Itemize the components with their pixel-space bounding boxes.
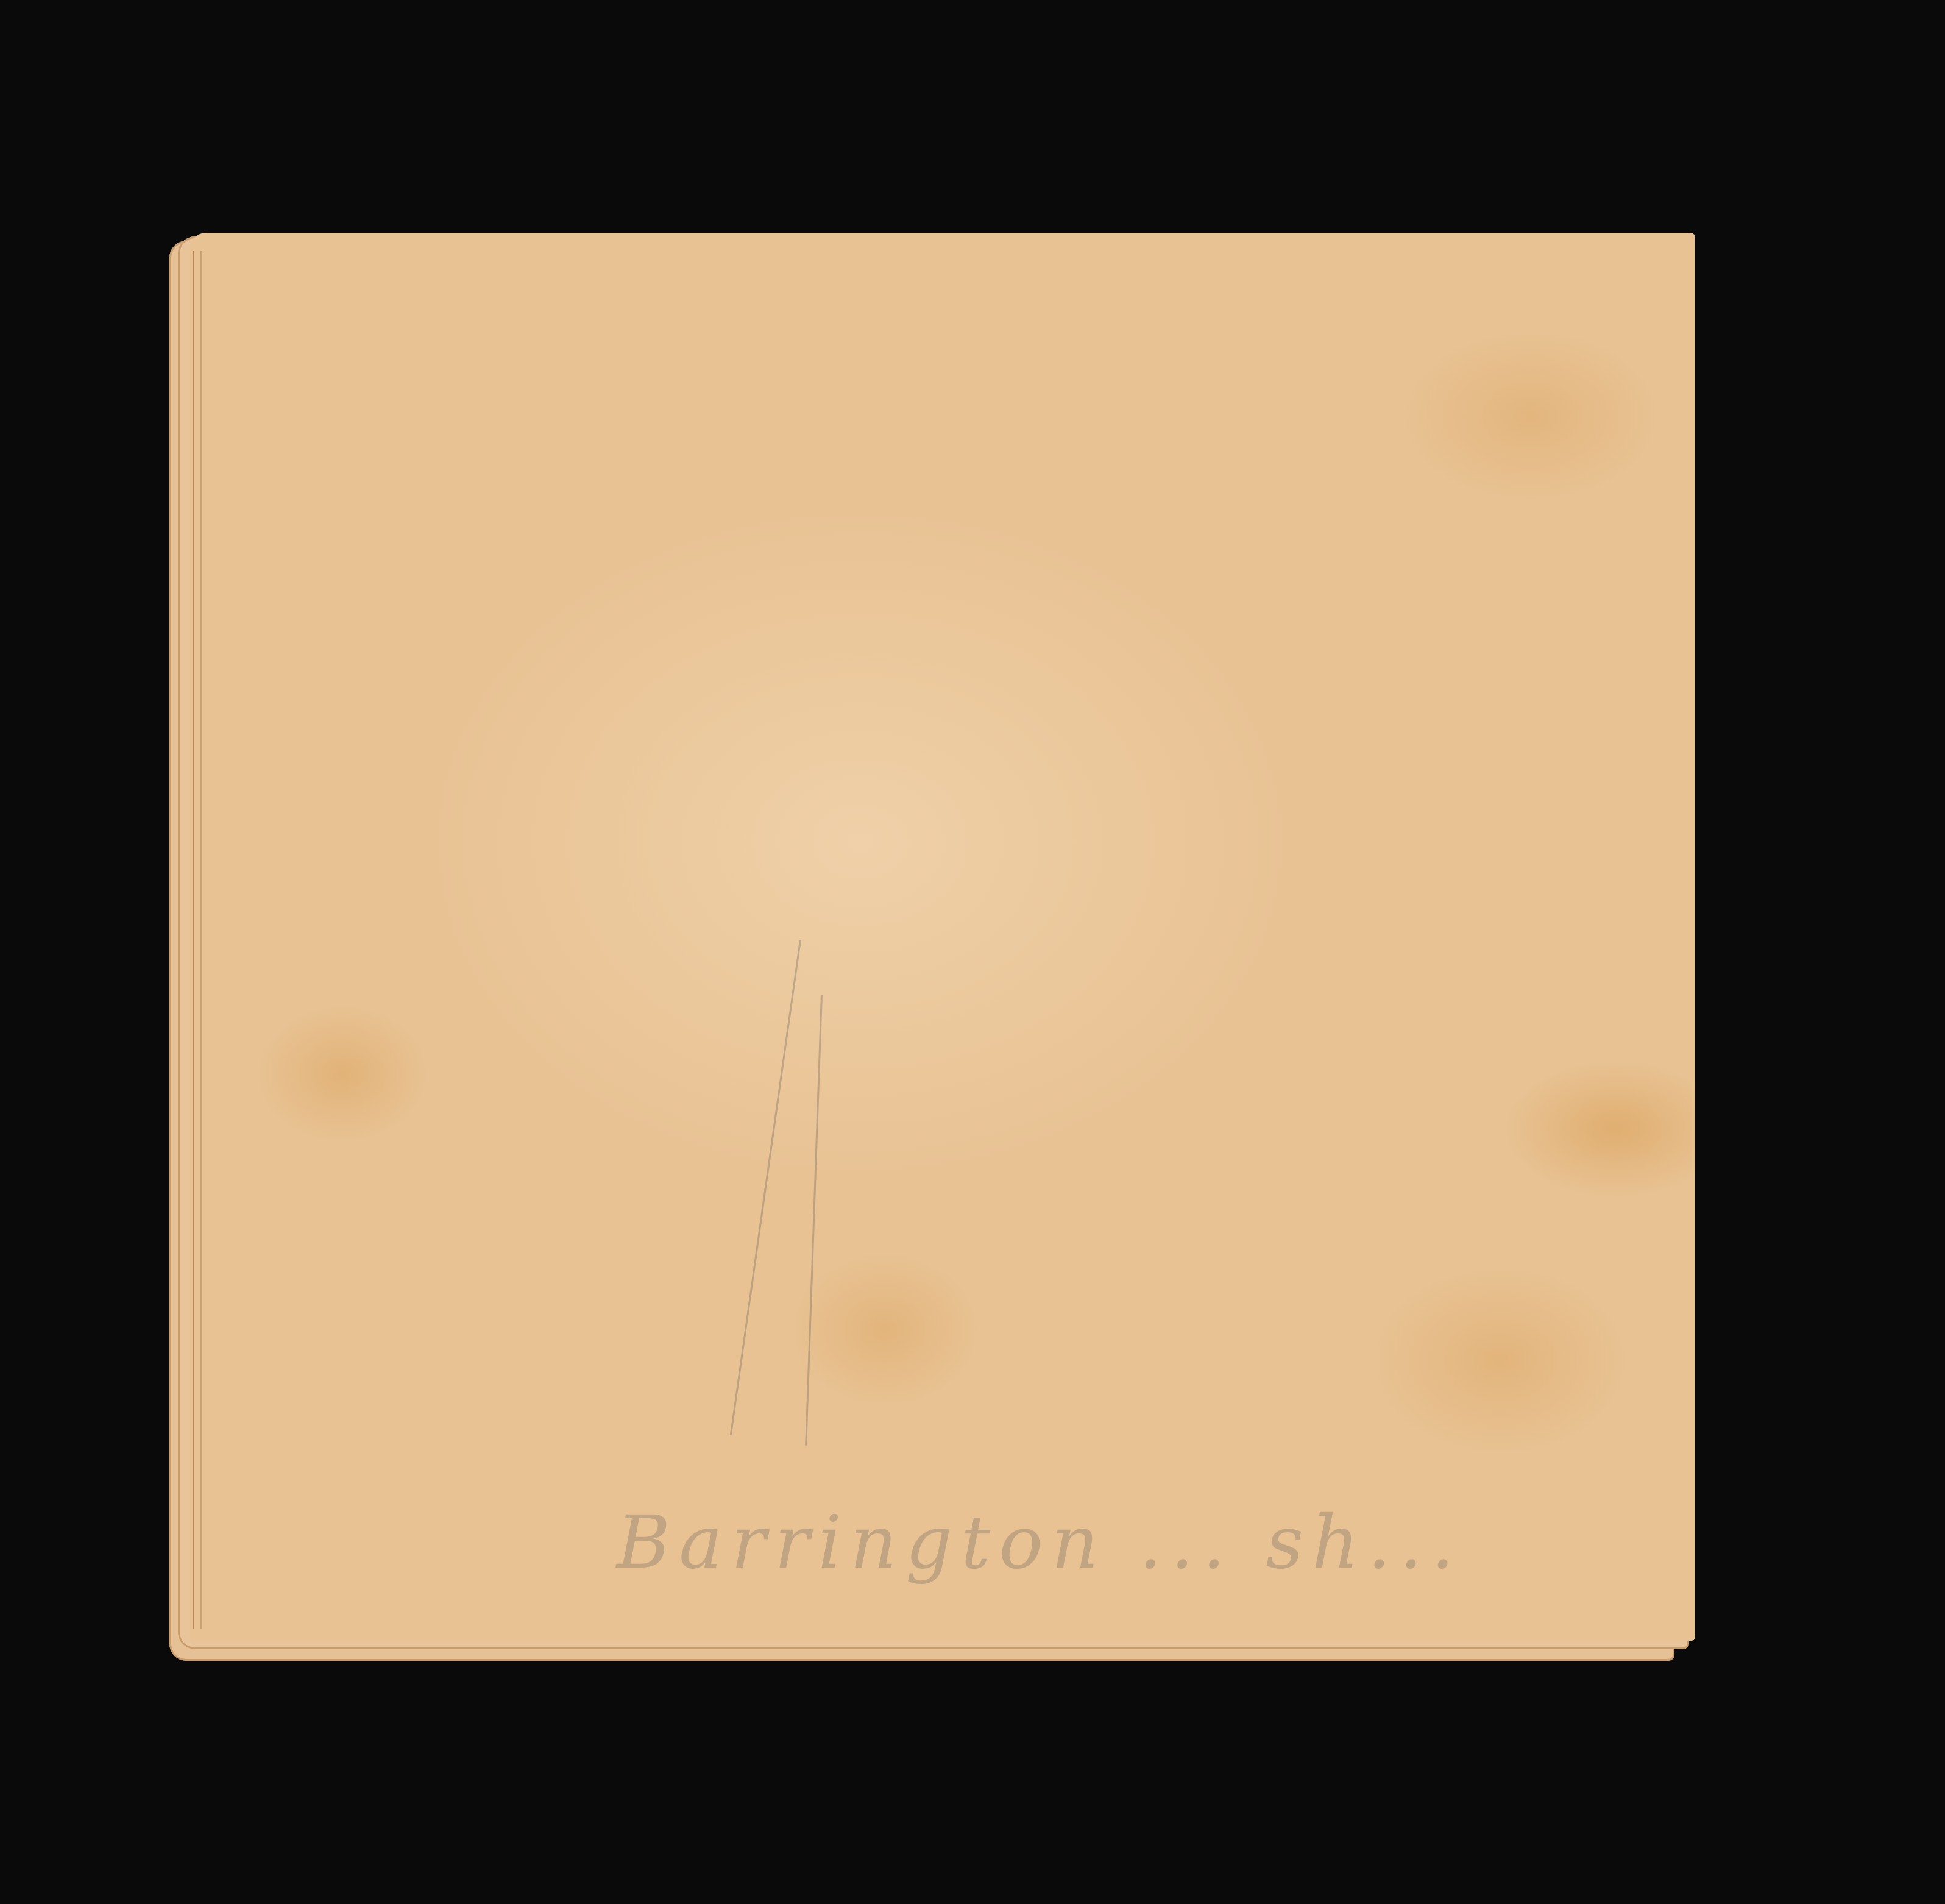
- pencil-mark: [730, 940, 801, 1435]
- pencil-mark: [805, 995, 823, 1446]
- booklet-cover: Barrington ... sh...: [190, 233, 1695, 1641]
- pencil-handwriting: Barrington ... sh...: [617, 1501, 1653, 1585]
- page-edges: [193, 251, 202, 1629]
